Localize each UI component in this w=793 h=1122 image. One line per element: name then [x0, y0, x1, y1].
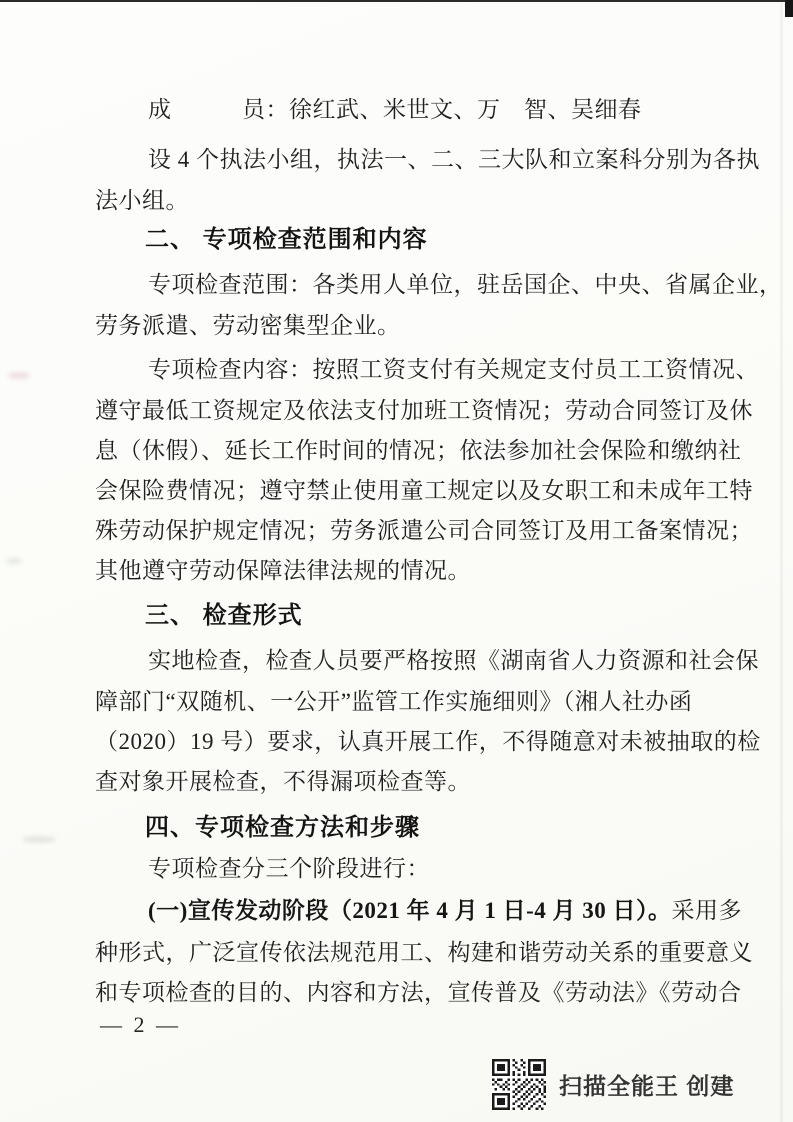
scanned-document-page: 成 员：徐红武、米世文、万 智、吴细春 设 4 个执法小组，执法一、二、三大队和…	[0, 0, 793, 1122]
content-line: 殊劳动保护规定情况；劳务派遣公司合同签订及用工备案情况；	[95, 511, 753, 551]
stages-intro-line: 专项检查分三个阶段进行：	[148, 849, 430, 889]
stage-1-line: 种形式，广泛宣传依法规范用工、构建和谐劳动关系的重要意义	[95, 933, 753, 973]
form-line: 查对象开展检查，不得漏项检查等。	[95, 762, 471, 802]
stage-1-line: 和专项检查的目的、内容和方法，宣传普及《劳动法》《劳动合	[95, 973, 742, 1013]
scan-right-shade	[780, 0, 783, 1122]
scan-smudge	[8, 372, 30, 379]
scan-corner-artifact	[785, 0, 793, 17]
scanner-watermark: 扫描全能王 创建	[492, 1059, 734, 1110]
stage-1-line: (一)宣传发动阶段（2021 年 4 月 1 日-4 月 30 日）。采用多	[148, 891, 742, 931]
qr-code-icon	[492, 1059, 546, 1110]
content-line: 遵守最低工资规定及依法支付加班工资情况；劳动合同签订及休	[95, 391, 753, 431]
page-number: — 2 —	[100, 1005, 181, 1045]
stage-1-text: 采用多	[671, 898, 742, 923]
members-line: 成 员：徐红武、米世文、万 智、吴细春	[148, 90, 642, 130]
form-line: 实地检查，检查人员要严格按照《湖南省人力资源和社会保	[148, 641, 759, 681]
scan-smudge	[22, 836, 56, 843]
enforcement-groups-line: 法小组。	[95, 181, 189, 221]
scan-top-edge-artifact	[0, 0, 793, 2]
content-line: 息（休假）、延长工作时间的情况；依法参加社会保险和缴纳社	[95, 431, 742, 471]
heading-section-4-method: 四、专项检查方法和步骤	[145, 808, 420, 848]
form-line: 障部门“双随机、一公开”监管工作实施细则》（湘人社办函	[95, 682, 692, 722]
scope-line: 劳务派遣、劳动密集型企业。	[95, 306, 401, 346]
watermark-label: 扫描全能王 创建	[559, 1068, 734, 1101]
form-line: （2020）19 号）要求，认真开展工作，不得随意对未被抽取的检	[95, 722, 761, 762]
content-line: 会保险费情况；遵守禁止使用童工规定以及女职工和未成年工特	[95, 471, 753, 511]
content-line: 其他遵守劳动保障法律法规的情况。	[95, 551, 471, 591]
content-line: 专项检查内容：按照工资支付有关规定支付员工工资情况、	[148, 350, 759, 390]
stage-1-title: (一)宣传发动阶段（2021 年 4 月 1 日-4 月 30 日）。	[148, 898, 671, 923]
heading-section-2-scope: 二、 专项检查范围和内容	[145, 220, 428, 260]
enforcement-groups-line: 设 4 个执法小组，执法一、二、三大队和立案科分别为各执	[148, 140, 760, 180]
scope-line: 专项检查范围：各类用人单位，驻岳国企、中央、省属企业，	[148, 265, 783, 305]
scan-smudge	[6, 558, 22, 564]
heading-section-3-form: 三、 检查形式	[145, 596, 303, 636]
